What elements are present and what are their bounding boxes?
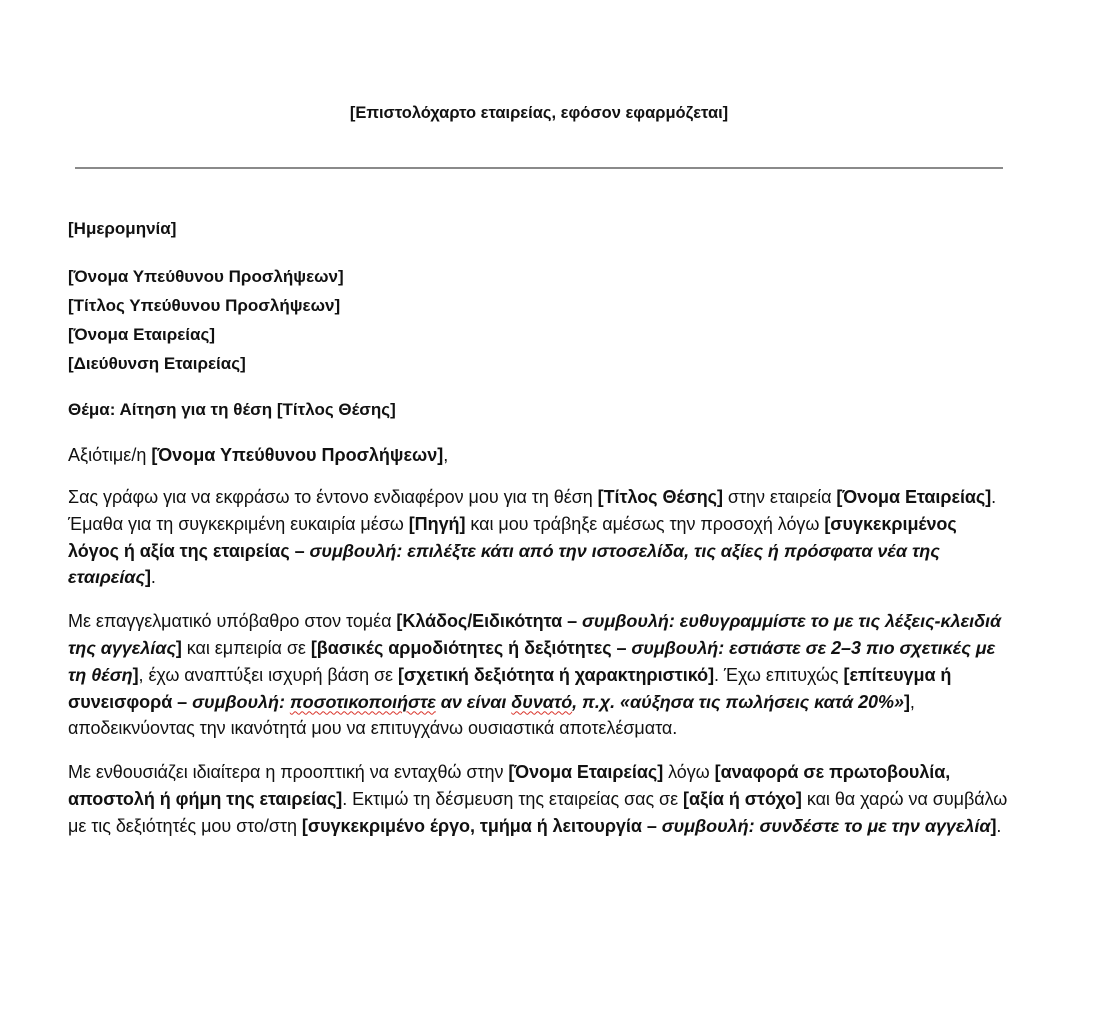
placeholder-text: [Τίτλος Θέσης] — [598, 487, 723, 507]
placeholder-text: [βασικές αρμοδιότητες ή δεξιότητες – — [311, 638, 632, 658]
spellcheck-flagged-word[interactable]: δυνατό — [511, 692, 572, 712]
body-text: Αξιότιμε/η — [68, 445, 151, 465]
placeholder-text: συμβουλή: — [192, 692, 290, 712]
placeholder-text: αν είναι — [436, 692, 511, 712]
body-text: Με ενθουσιάζει ιδιαίτερα η προοπτική να … — [68, 762, 508, 782]
body-text: λόγω — [663, 762, 715, 782]
letter-body: [Ημερομηνία] [Όνομα Υπεύθυνου Προσλήψεων… — [68, 214, 1008, 857]
placeholder-text: [συγκεκριμένο έργο, τμήμα ή λειτουργία – — [302, 816, 662, 836]
placeholder-text: [Όνομα Εταιρείας] — [836, 487, 991, 507]
placeholder-text: [αξία ή στόχο] — [683, 789, 802, 809]
subject-line[interactable]: Θέμα: Αίτηση για τη θέση [Τίτλος Θέσης] — [68, 395, 1008, 424]
recipient-title[interactable]: [Τίτλος Υπεύθυνου Προσλήψεων] — [68, 291, 1008, 320]
body-text: , — [443, 445, 448, 465]
placeholder-text: [Πηγή] — [409, 514, 466, 534]
placeholder-text: [Όνομα Υπεύθυνου Προσλήψεων] — [151, 445, 443, 465]
placeholder-text: , π.χ. «αύξησα τις πωλήσεις κατά 20%» — [572, 692, 904, 712]
body-text: Σας γράφω για να εκφράσω το έντονο ενδια… — [68, 487, 598, 507]
document-page: [Επιστολόχαρτο εταιρείας, εφόσον εφαρμόζ… — [0, 0, 1106, 1015]
spellcheck-flagged-word[interactable]: ποσοτικοποιήστε — [290, 692, 436, 712]
placeholder-text: συμβουλή: συνδέστε το με την αγγελία — [662, 816, 991, 836]
company-address[interactable]: [Διεύθυνση Εταιρείας] — [68, 349, 1008, 378]
body-text: στην εταιρεία — [723, 487, 836, 507]
company-name[interactable]: [Όνομα Εταιρείας] — [68, 320, 1008, 349]
recipient-name[interactable]: [Όνομα Υπεύθυνου Προσλήψεων] — [68, 262, 1008, 291]
body-text: . — [151, 567, 156, 587]
letterhead-placeholder[interactable]: [Επιστολόχαρτο εταιρείας, εφόσον εφαρμόζ… — [75, 101, 1003, 125]
body-paragraph-1[interactable]: Σας γράφω για να εκφράσω το έντονο ενδια… — [68, 484, 1008, 591]
body-text: και εμπειρία σε — [182, 638, 311, 658]
header-divider — [75, 167, 1003, 169]
body-text: . Έχω επιτυχώς — [714, 665, 843, 685]
body-text: . — [996, 816, 1001, 836]
placeholder-text: [Κλάδος/Ειδικότητα – — [396, 611, 582, 631]
body-paragraph-3[interactable]: Με ενθουσιάζει ιδιαίτερα η προοπτική να … — [68, 759, 1008, 839]
date-placeholder[interactable]: [Ημερομηνία] — [68, 214, 1008, 243]
body-text: Με επαγγελματικό υπόβαθρο στον τομέα — [68, 611, 396, 631]
placeholder-text: [Όνομα Εταιρείας] — [508, 762, 663, 782]
body-text: . Εκτιμώ τη δέσμευση της εταιρείας σας σ… — [342, 789, 683, 809]
body-text: και μου τράβηξε αμέσως την προσοχή λόγω — [465, 514, 824, 534]
salutation[interactable]: Αξιότιμε/η [Όνομα Υπεύθυνου Προσλήψεων], — [68, 441, 1008, 470]
placeholder-text: [σχετική δεξιότητα ή χαρακτηριστικό] — [398, 665, 714, 685]
body-text: , έχω αναπτύξει ισχυρή βάση σε — [139, 665, 398, 685]
recipient-address-block: [Όνομα Υπεύθυνου Προσλήψεων] [Τίτλος Υπε… — [68, 262, 1008, 378]
body-paragraph-2[interactable]: Με επαγγελματικό υπόβαθρο στον τομέα [Κλ… — [68, 608, 1008, 742]
